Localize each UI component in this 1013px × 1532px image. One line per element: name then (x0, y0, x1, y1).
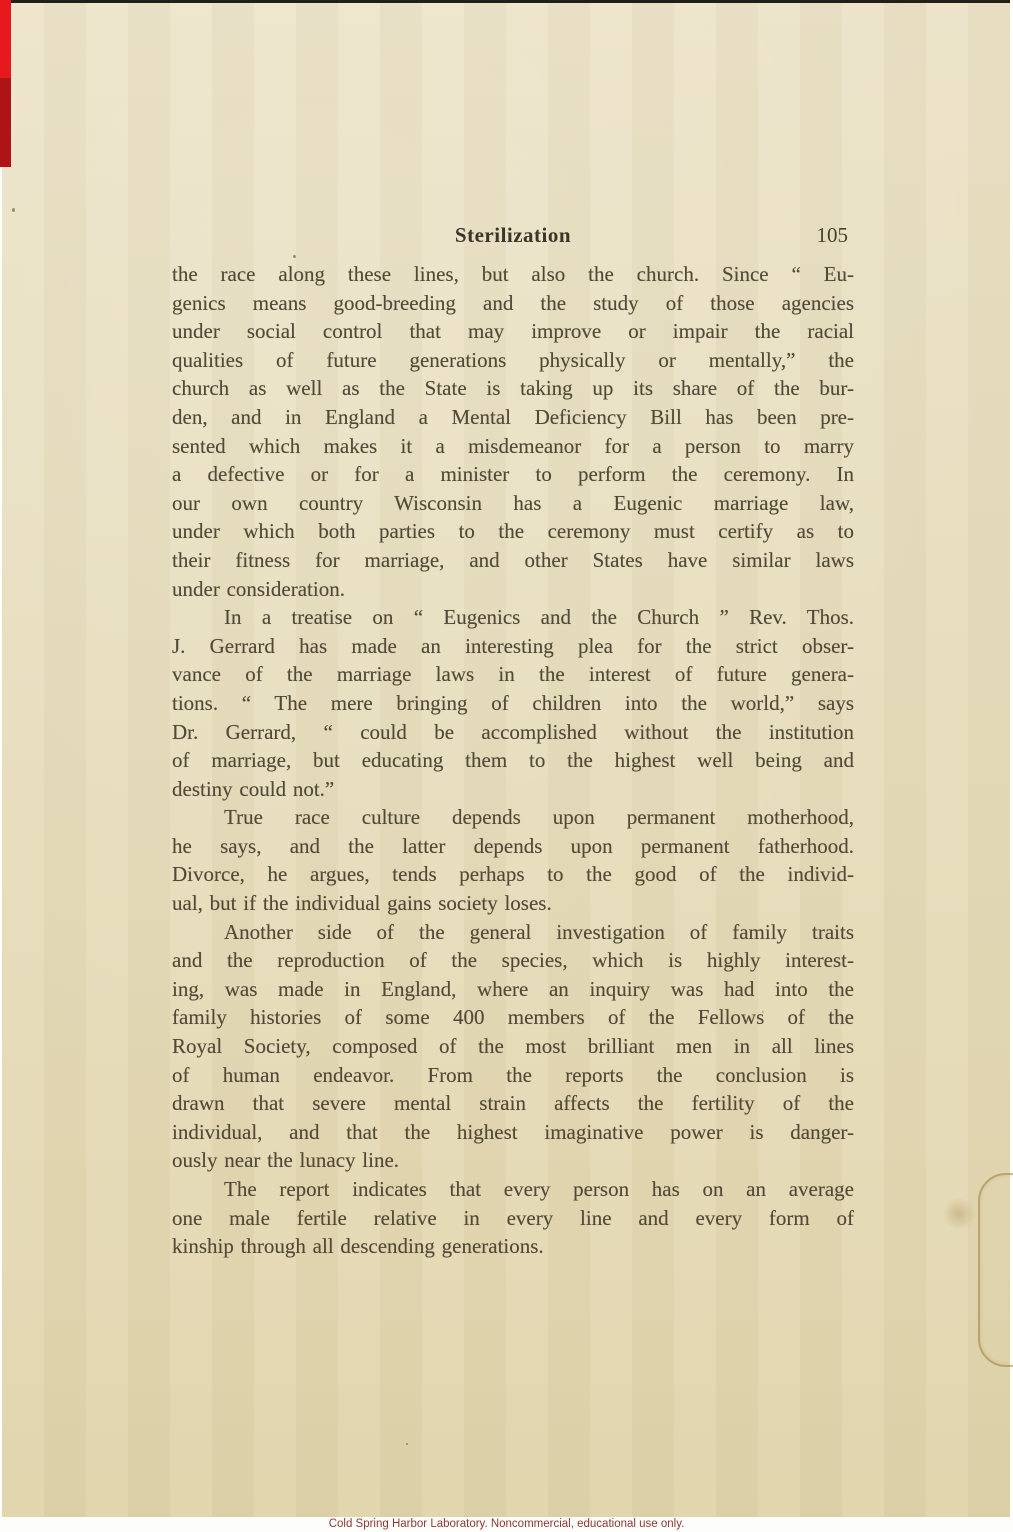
text-line: and the reproduction of the species, whi… (172, 946, 854, 975)
page-content: Sterilization 105 the race along these l… (172, 221, 854, 1261)
page-number: 105 (817, 221, 849, 249)
paper-smudge (936, 1191, 982, 1237)
text-line: ously near the lunacy line. (172, 1146, 854, 1175)
text-line: of marriage, but educating them to the h… (172, 746, 854, 775)
paper-speck (406, 1443, 408, 1445)
text-line: Another side of the general investigatio… (172, 918, 854, 947)
text-line: den, and in England a Mental Deficiency … (172, 403, 854, 432)
text-line: our own country Wisconsin has a Eugenic … (172, 489, 854, 518)
running-header: Sterilization 105 (172, 221, 854, 249)
red-calibration-strip (0, 0, 11, 167)
text-line: ing, was made in England, where an inqui… (172, 975, 854, 1004)
footer-credit-bar: Cold Spring Harbor Laboratory. Noncommer… (0, 1517, 1013, 1532)
text-line: kinship through all descending generatio… (172, 1232, 854, 1261)
paragraph: the race along these lines, but also the… (172, 260, 854, 603)
text-line: he says, and the latter depends upon per… (172, 832, 854, 861)
text-line: destiny could not.” (172, 775, 854, 804)
text-line: drawn that severe mental strain affects … (172, 1089, 854, 1118)
scanned-page: Sterilization 105 the race along these l… (0, 0, 1013, 1532)
page-title: Sterilization (172, 221, 854, 249)
paper-background: Sterilization 105 the race along these l… (2, 0, 1010, 1517)
text-line: The report indicates that every person h… (172, 1175, 854, 1204)
text-line: their fitness for marriage, and other St… (172, 546, 854, 575)
text-line: a defective or for a minister to perform… (172, 460, 854, 489)
text-line: sented which makes it a misdemeanor for … (172, 432, 854, 461)
text-line: ual, but if the individual gains society… (172, 889, 854, 918)
paragraph: Another side of the general investigatio… (172, 918, 854, 1175)
red-strip-top-segment (0, 0, 11, 78)
text-line: In a treatise on “ Eugenics and the Chur… (172, 603, 854, 632)
paragraph: In a treatise on “ Eugenics and the Chur… (172, 603, 854, 803)
text-line: Divorce, he argues, tends perhaps to the… (172, 860, 854, 889)
text-line: one male fertile relative in every line … (172, 1204, 854, 1233)
paper-speck (293, 255, 296, 258)
paragraph: True race culture depends upon permanent… (172, 803, 854, 917)
text-line: vance of the marriage laws in the intere… (172, 660, 854, 689)
red-strip-bottom-segment (0, 78, 11, 167)
paperclip-stain (978, 1173, 1013, 1367)
text-line: under social control that may improve or… (172, 317, 854, 346)
text-line: under consideration. (172, 575, 854, 604)
text-line: genics means good-breeding and the study… (172, 289, 854, 318)
text-line: church as well as the State is taking up… (172, 374, 854, 403)
text-line: family histories of some 400 members of … (172, 1003, 854, 1032)
body-paragraphs: the race along these lines, but also the… (172, 260, 854, 1261)
text-line: the race along these lines, but also the… (172, 260, 854, 289)
paper-speck (762, 1011, 764, 1013)
text-line: tions. “ The mere bringing of children i… (172, 689, 854, 718)
text-line: under which both parties to the ceremony… (172, 517, 854, 546)
text-line: J. Gerrard has made an interesting plea … (172, 632, 854, 661)
text-line: of human endeavor. From the reports the … (172, 1061, 854, 1090)
text-line: Dr. Gerrard, “ could be accomplished wit… (172, 718, 854, 747)
paper-speck (12, 208, 15, 212)
text-line: qualities of future generations physical… (172, 346, 854, 375)
paragraph: The report indicates that every person h… (172, 1175, 854, 1261)
text-line: True race culture depends upon permanent… (172, 803, 854, 832)
text-line: individual, and that the highest imagina… (172, 1118, 854, 1147)
text-line: Royal Society, composed of the most bril… (172, 1032, 854, 1061)
credit-text: Cold Spring Harbor Laboratory. Noncommer… (329, 1518, 685, 1530)
